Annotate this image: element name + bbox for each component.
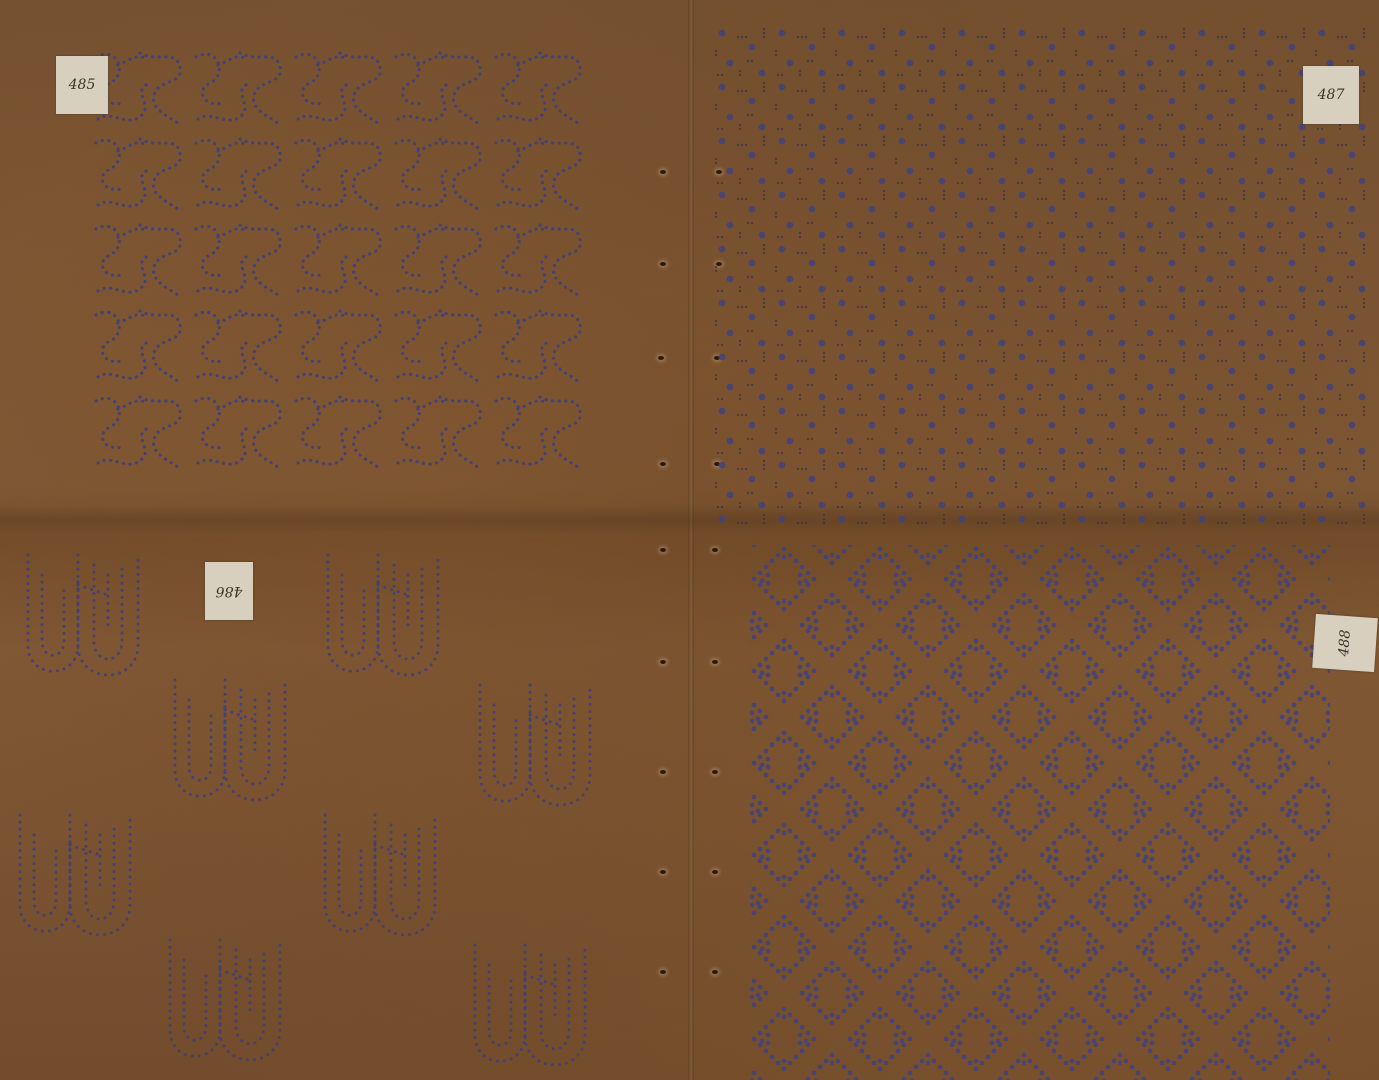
punch-hole — [660, 462, 666, 466]
punch-hole — [712, 870, 718, 874]
label-number: 487 — [1318, 87, 1345, 103]
punch-hole — [712, 548, 718, 552]
specimen-label-487: 487 — [1303, 66, 1359, 124]
punch-hole — [712, 770, 718, 774]
punch-hole — [660, 870, 666, 874]
pattern-panel-487 — [712, 25, 1372, 525]
label-number: 486 — [216, 583, 243, 599]
specimen-label-485: 485 — [56, 56, 108, 114]
pattern-panel-488 — [750, 545, 1330, 1080]
punch-hole — [660, 262, 666, 266]
specimen-label-486: 486 — [205, 562, 253, 620]
punch-hole — [660, 660, 666, 664]
label-number: 485 — [69, 77, 96, 93]
punch-hole — [712, 660, 718, 664]
punch-hole — [660, 170, 666, 174]
center-fold — [688, 0, 694, 1080]
pattern-sheet: 485 487 486 488 — [0, 0, 1379, 1080]
specimen-label-488: 488 — [1312, 614, 1378, 672]
punch-hole — [660, 548, 666, 552]
punch-hole — [660, 970, 666, 974]
pattern-panel-486 — [0, 535, 640, 1080]
punch-hole — [712, 970, 718, 974]
punch-hole — [658, 356, 664, 360]
punch-hole — [660, 770, 666, 774]
label-number: 488 — [1336, 629, 1354, 657]
pattern-panel-485 — [88, 45, 588, 475]
